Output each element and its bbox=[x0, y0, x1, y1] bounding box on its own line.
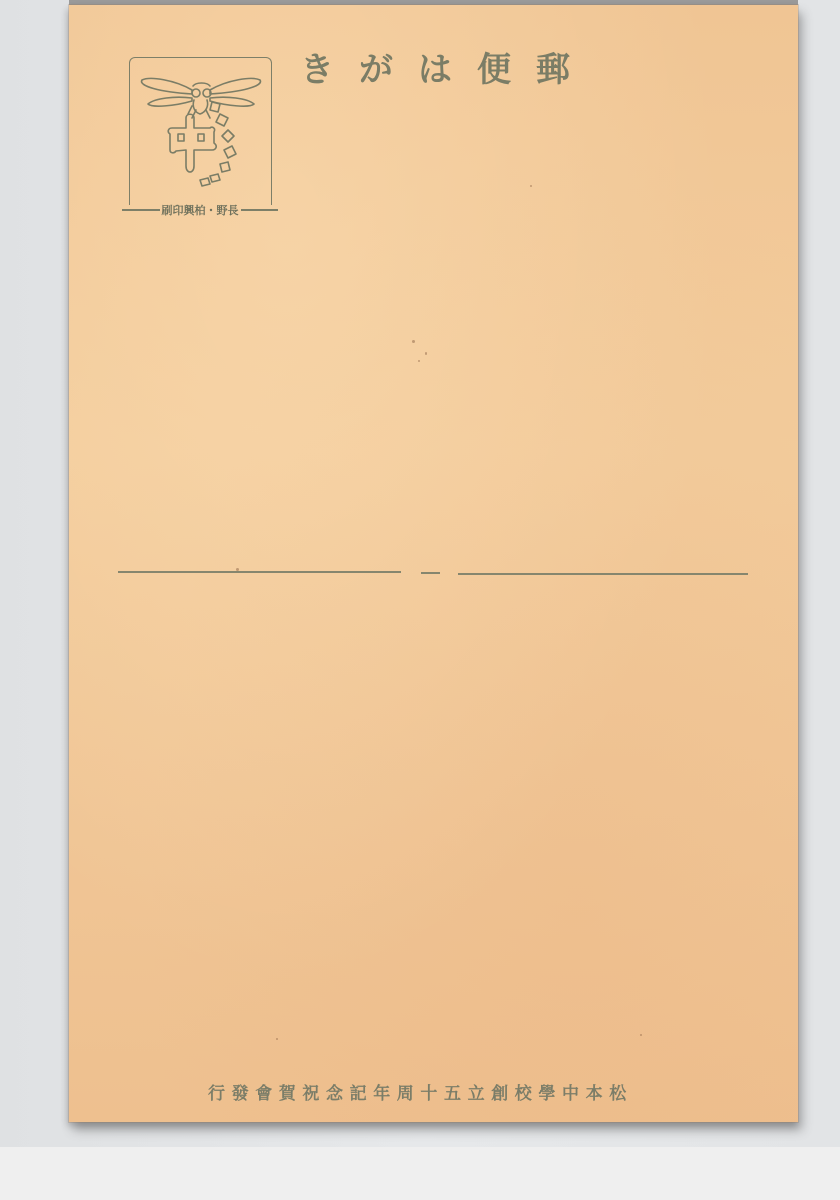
paper-speck bbox=[418, 360, 420, 362]
divider-right bbox=[458, 573, 748, 575]
dragonfly-icon bbox=[130, 58, 271, 205]
paper-speck bbox=[425, 352, 427, 355]
title-char: が bbox=[359, 42, 393, 91]
publisher-footer: 行發會賀祝念記年周十五立創校學中本松 bbox=[208, 1078, 636, 1104]
paper-speck bbox=[530, 185, 532, 187]
title-char: 便 bbox=[477, 42, 511, 91]
title-char: は bbox=[418, 42, 452, 91]
publisher-text: 行發會賀祝念記年周十五立創校學中本松 bbox=[208, 1079, 633, 1104]
paper-speck bbox=[276, 1038, 278, 1040]
printer-credit-text: 刷印興柏・野長 bbox=[160, 202, 241, 218]
divider-left bbox=[118, 571, 401, 573]
divider-dash bbox=[421, 572, 440, 574]
stamp-box bbox=[129, 57, 272, 205]
title-char: 郵 bbox=[536, 42, 570, 91]
postcard-title: 郵 便 は が き bbox=[300, 42, 570, 90]
paper-speck bbox=[640, 1034, 642, 1036]
printer-credit: 刷印興柏・野長 bbox=[122, 201, 278, 219]
paper-speck bbox=[412, 340, 415, 343]
title-char: き bbox=[300, 42, 334, 91]
